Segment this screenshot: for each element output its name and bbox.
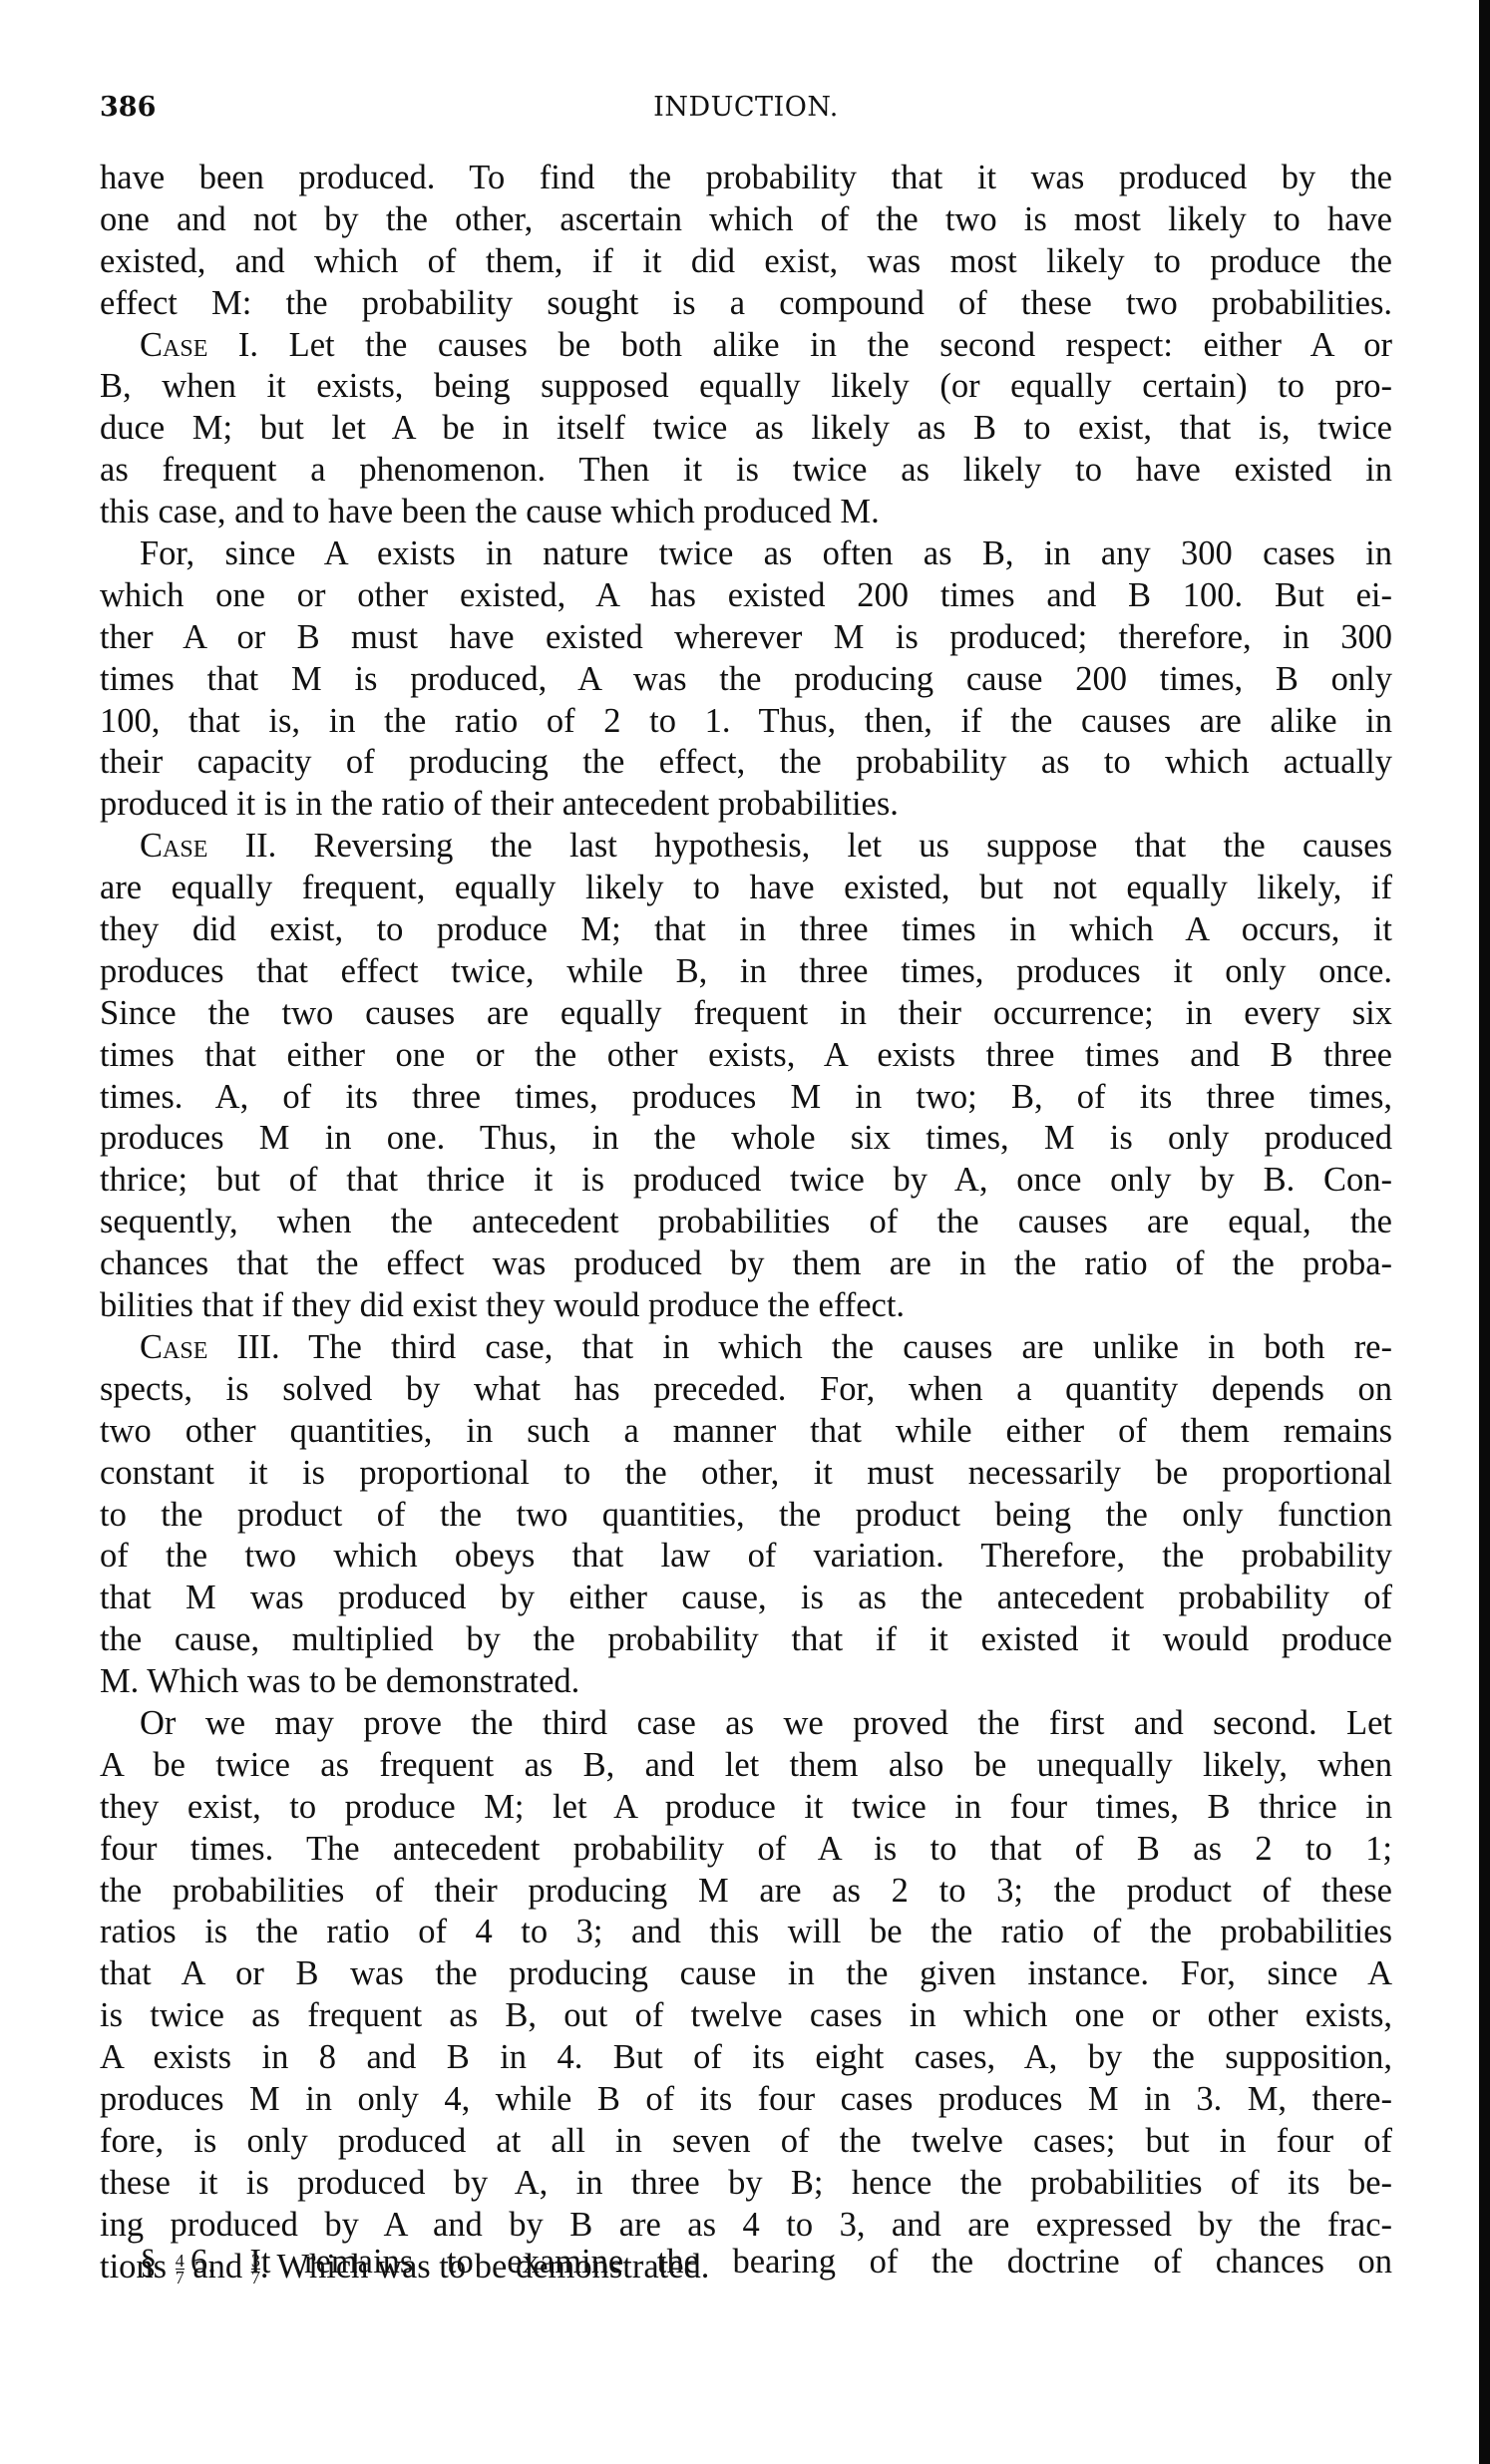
text-line: Or we may prove the third case as we pro… [100, 1703, 1392, 1745]
text-line: B, when it exists, being supposed equall… [100, 366, 1392, 408]
text-line: existed, and which of them, if it did ex… [100, 241, 1392, 283]
case-label: Case III. [140, 1328, 280, 1366]
text-line: which one or other existed, A has existe… [100, 575, 1392, 617]
running-title: INDUCTION. [100, 92, 1392, 123]
text-line: have been produced. To find the probabil… [100, 158, 1392, 199]
text-line: these it is produced by A, in three by B… [100, 2163, 1392, 2205]
text-span: The third case, that in which the causes… [280, 1328, 1392, 1366]
text-line: fore, is only produced at all in seven o… [100, 2121, 1392, 2163]
text-line: constant it is proportional to the other… [100, 1453, 1392, 1495]
text-line: spects, is solved by what has preceded. … [100, 1369, 1392, 1411]
text-line: times. A, of its three times, produces M… [100, 1077, 1392, 1119]
text-line: ing produced by A and by B are as 4 to 3… [100, 2205, 1392, 2247]
paragraph-case-1: Case I. Let the causes be both alike in … [100, 325, 1392, 533]
text-line: ratios is the ratio of 4 to 3; and this … [100, 1912, 1392, 1953]
text-line: two other quantities, in such a manner t… [100, 1411, 1392, 1453]
text-line: they did exist, to produce M; that in th… [100, 909, 1392, 951]
text-line: effect M: the probability sought is a co… [100, 283, 1392, 325]
text-line: thrice; but of that thrice it is produce… [100, 1160, 1392, 1202]
text-line: as frequent a phenomenon. Then it is twi… [100, 450, 1392, 492]
text-line: is twice as frequent as B, out of twelve… [100, 1995, 1392, 2037]
text-line: produced it is in the ratio of their ant… [100, 784, 1392, 826]
text-line: produces that effect twice, while B, in … [100, 951, 1392, 993]
text-line: that M was produced by either cause, is … [100, 1578, 1392, 1619]
body-text: have been produced. To find the probabil… [100, 158, 1392, 2288]
text-line: are equally frequent, equally likely to … [100, 868, 1392, 909]
paragraph: have been produced. To find the probabil… [100, 158, 1392, 325]
text-line: Case I. Let the causes be both alike in … [100, 325, 1392, 367]
text-line: 100, that is, in the ratio of 2 to 1. Th… [100, 701, 1392, 743]
text-line: times that either one or the other exist… [100, 1035, 1392, 1077]
text-line: one and not by the other, ascertain whic… [100, 199, 1392, 241]
text-line: Case III. The third case, that in which … [100, 1327, 1392, 1369]
text-line: bilities that if they did exist they wou… [100, 1285, 1392, 1327]
text-line: to the product of the two quantities, th… [100, 1495, 1392, 1537]
text-line: they exist, to produce M; let A produce … [100, 1787, 1392, 1829]
text-line: duce M; but let A be in itself twice as … [100, 408, 1392, 450]
section-6: § 6. It remains to examine the bearing o… [100, 2242, 1392, 2284]
text-span: Let the causes be both alike in the seco… [258, 326, 1392, 364]
case-label: Case II. [140, 827, 276, 865]
running-header: 386 INDUCTION. [100, 92, 1392, 132]
text-line: produces M in only 4, while B of its fou… [100, 2079, 1392, 2121]
text-line: the probabilities of their producing M a… [100, 1871, 1392, 1913]
text-line: Since the two causes are equally frequen… [100, 993, 1392, 1035]
text-line: their capacity of producing the effect, … [100, 742, 1392, 784]
text-line: ther A or B must have existed wherever M… [100, 617, 1392, 659]
text-line: Case II. Reversing the last hypothesis, … [100, 826, 1392, 868]
case-label: Case I. [140, 326, 258, 364]
section-heading-line: § 6. It remains to examine the bearing o… [100, 2242, 1392, 2284]
text-line: four times. The antecedent probability o… [100, 1829, 1392, 1871]
book-page: 386 INDUCTION. have been produced. To fi… [0, 0, 1490, 2464]
text-line: sequently, when the antecedent probabili… [100, 1202, 1392, 1243]
text-line: produces M in one. Thus, in the whole si… [100, 1118, 1392, 1160]
text-line: of the two which obeys that law of varia… [100, 1536, 1392, 1578]
page-edge-shadow [1479, 0, 1490, 2464]
text-line: A be twice as frequent as B, and let the… [100, 1745, 1392, 1787]
text-line: the cause, multiplied by the probability… [100, 1619, 1392, 1661]
text-line: this case, and to have been the cause wh… [100, 492, 1392, 533]
text-line: that A or B was the producing cause in t… [100, 1953, 1392, 1995]
paragraph-case-2: Case II. Reversing the last hypothesis, … [100, 826, 1392, 1327]
paragraph: Or we may prove the third case as we pro… [100, 1703, 1392, 2288]
text-line: chances that the effect was produced by … [100, 1243, 1392, 1285]
text-line: M. Which was to be demonstrated. [100, 1661, 1392, 1703]
paragraph: For, since A exists in nature twice as o… [100, 533, 1392, 826]
text-line: times that M is produced, A was the prod… [100, 659, 1392, 701]
text-line: A exists in 8 and B in 4. But of its eig… [100, 2037, 1392, 2079]
paragraph-case-3: Case III. The third case, that in which … [100, 1327, 1392, 1703]
text-line: For, since A exists in nature twice as o… [100, 533, 1392, 575]
text-span: Reversing the last hypothesis, let us su… [276, 827, 1392, 865]
